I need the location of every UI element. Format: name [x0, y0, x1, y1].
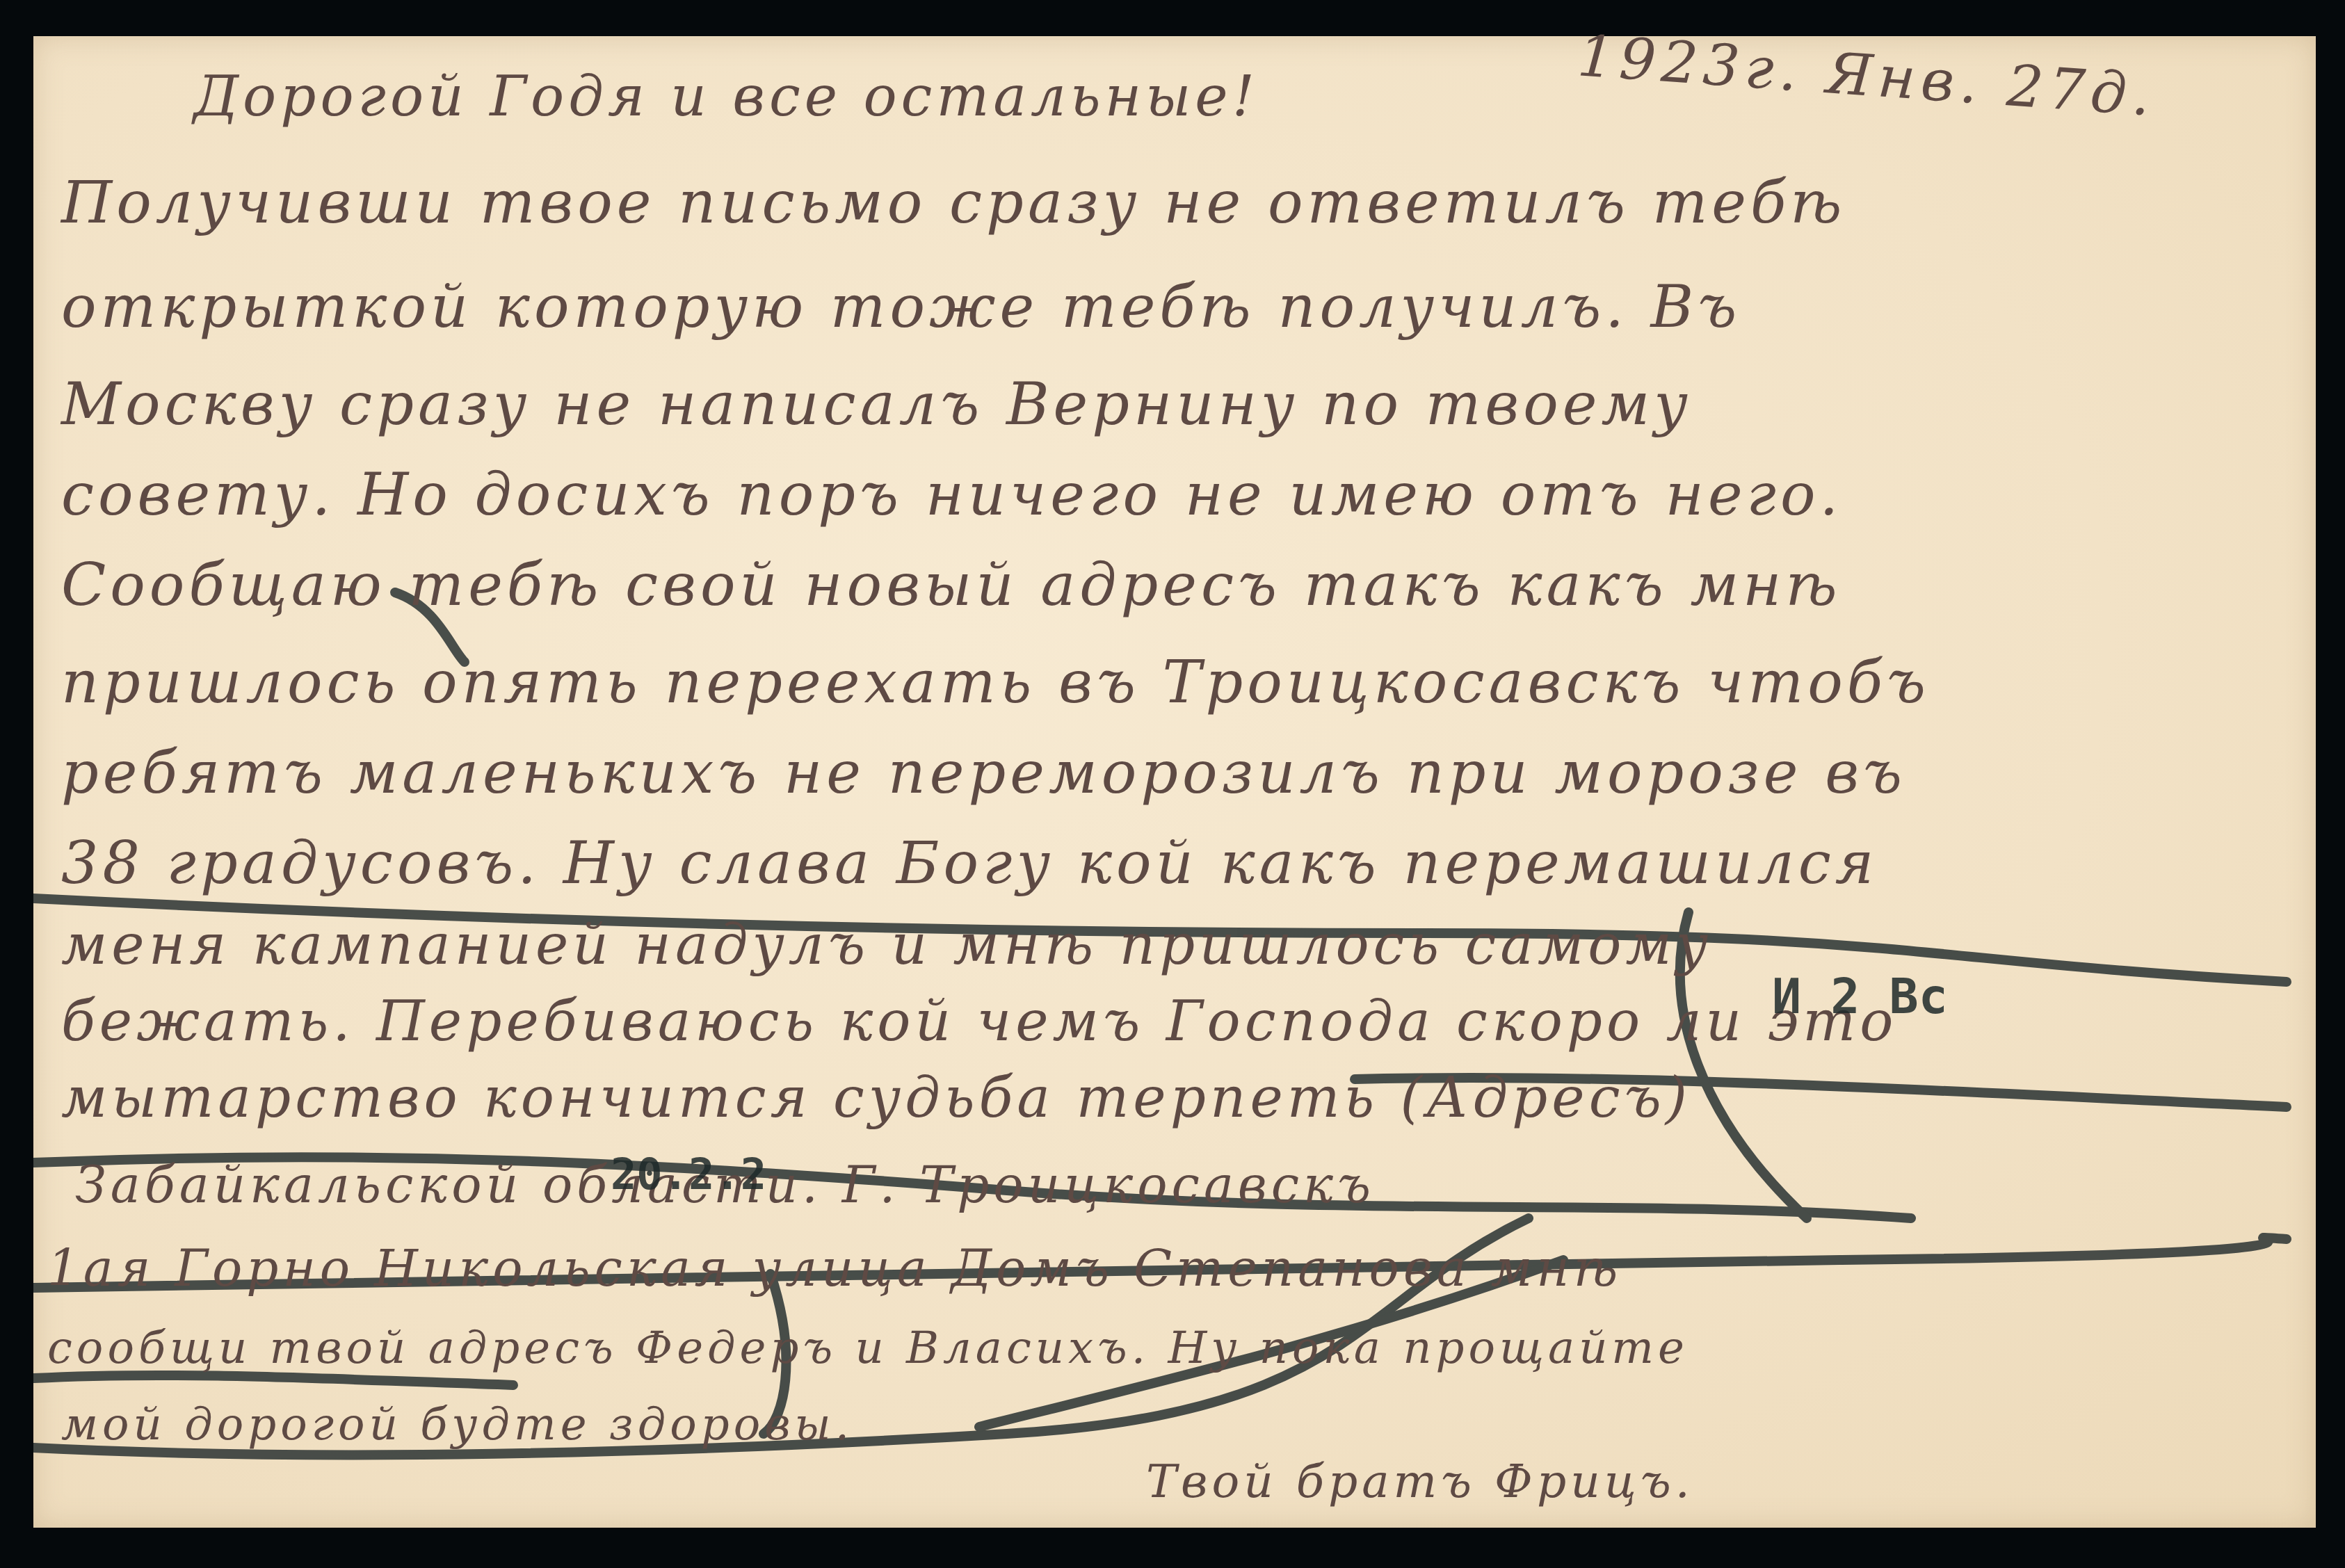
letter-line-3: Москву сразу не написалъ Вернину по твое… [61, 370, 1692, 438]
letter-line-10: бежать. Перебиваюсь кой чемъ Господа ско… [61, 989, 1897, 1053]
letter-line-6: пришлось опять переехать въ Троицкосавск… [61, 648, 1930, 716]
letter-line-7: ребятъ маленькихъ не переморозилъ при мо… [61, 738, 1906, 807]
letter-line-2: открыткой которую тоже тебѣ получилъ. Въ [61, 273, 1741, 341]
greeting: Дорогой Годя и все остальные! [193, 64, 1259, 129]
letter-line-1: Получивши твое письмо сразу не ответилъ … [61, 168, 1846, 236]
signature: Твой братъ Фрицъ. [1146, 1455, 1694, 1508]
postcard: 1923г. Янв. 27д. Дорогой Годя и все оста… [33, 36, 2316, 1528]
letter-line-11: мытарство кончится судьба терпеть (Адрес… [61, 1065, 1691, 1130]
letter-line-8: 38 градусовъ. Ну слава Богу кой какъ пер… [61, 829, 1878, 897]
postmark-date-lower: 20.2.2 [611, 1149, 766, 1199]
letter-line-9: меня кампанией надулъ и мнѣ пришлось сам… [61, 912, 1712, 977]
letter-line-5: Сообщаю тебѣ свой новый адресъ такъ какъ… [61, 551, 1842, 619]
postmark-date-upper: И 2 Вс [1772, 968, 1948, 1025]
letter-line-15: мой дорогой будте здоровы. [61, 1399, 853, 1450]
letter-line-14: сообщи твой адресъ Федеръ и Власихъ. Ну … [47, 1323, 1689, 1374]
letter-line-13: 1ая Горно Никольская улица Домъ Степанов… [47, 1239, 1622, 1298]
letter-line-4: совету. Но досихъ поръ ничего не имею от… [61, 460, 1842, 528]
